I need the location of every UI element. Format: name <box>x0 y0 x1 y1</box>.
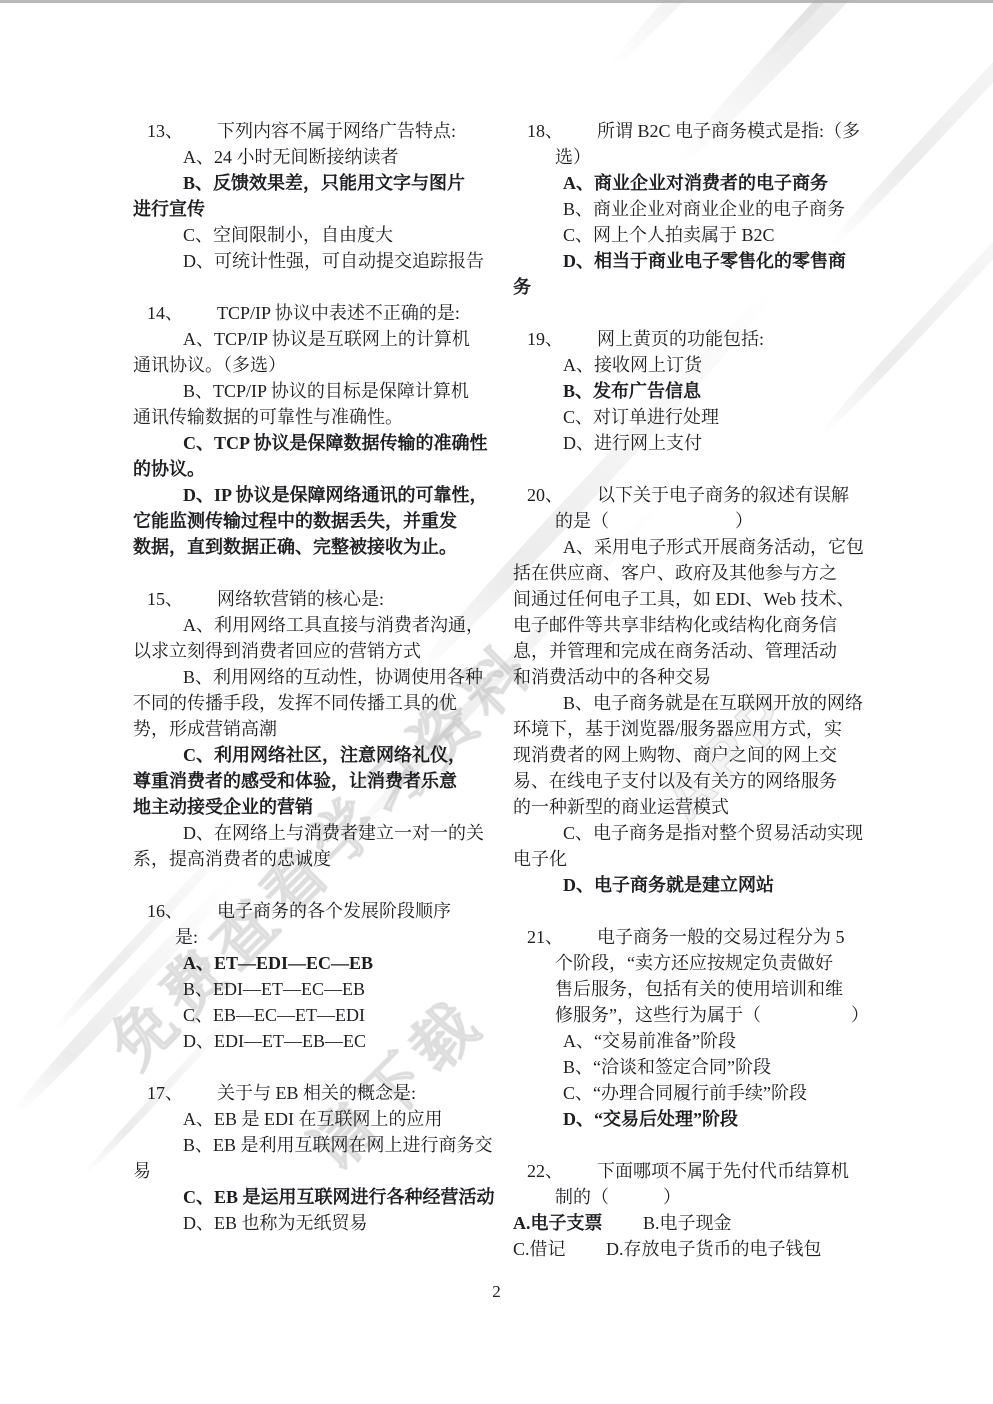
question-line: 制的（ ） <box>513 1184 865 1210</box>
question-line: B、发布广告信息 <box>513 378 865 404</box>
question-line: B、“洽谈和签定合同”阶段 <box>513 1054 865 1080</box>
question-line: 18、所谓 B2C 电子商务模式是指:（多 <box>513 118 865 144</box>
text-segment: 间通过任何电子工具，如 EDI、Web 技术、 <box>513 589 855 609</box>
question-line: A、24 小时无间断接纳读者 <box>133 144 479 170</box>
question-line: 22、下面哪项不属于先付代币结算机 <box>513 1158 865 1184</box>
text-segment: D、EB 也称为无纸贸易 <box>183 1213 368 1233</box>
text-segment: 通讯传输数据的可靠性与准确性。 <box>133 407 403 427</box>
text-segment: A、TCP/IP 协议是互联网上的计算机 <box>183 329 470 349</box>
text-segment: 括在供应商、客户、政府及其他参与方之 <box>513 563 837 583</box>
text-segment: D、IP 协议是保障网络通讯的可靠性， <box>183 485 488 505</box>
question-line: 易 <box>133 1158 479 1184</box>
text-segment: 修服务”，这些行为属于（ ） <box>555 1005 869 1025</box>
question-number: 14、 <box>147 300 183 326</box>
text-segment: A、ET—EDI—EC—EB <box>183 953 373 973</box>
question-line: A、EB 是 EDI 在互联网上的应用 <box>133 1106 479 1132</box>
question-line: 进行宣传 <box>133 196 479 222</box>
question-line: A、接收网上订货 <box>513 352 865 378</box>
question-19: 19、网上黄页的功能包括:A、接收网上订货B、发布广告信息C、对订单进行处理D、… <box>513 326 865 456</box>
question-number: 20、 <box>527 482 563 508</box>
question-line: 14、TCP/IP 协议中表述不正确的是: <box>133 300 479 326</box>
question-line: B、反馈效果差，只能用文字与图片 <box>133 170 479 196</box>
text-segment: D、进行网上支付 <box>563 433 702 453</box>
question-line: D、“交易后处理”阶段 <box>513 1106 865 1132</box>
question-line: C、对订单进行处理 <box>513 404 865 430</box>
text-segment: C、空间限制小，自由度大 <box>183 225 393 245</box>
text-segment: 网络软营销的核心是: <box>217 589 384 609</box>
question-line: 环境下，基于浏览器/服务器应用方式，实 <box>513 716 865 742</box>
question-line: 选） <box>513 144 865 170</box>
text-segment: 通讯协议。（多选） <box>133 355 286 375</box>
question-line: 15、网络软营销的核心是: <box>133 586 479 612</box>
text-segment: A、EB 是 EDI 在互联网上的应用 <box>183 1109 443 1129</box>
text-segment: 地主动接受企业的营销 <box>133 797 313 817</box>
text-segment: 尊重消费者的感受和体验，让消费者乐意 <box>133 771 457 791</box>
text-segment: B、EDI—ET—EC—EB <box>183 979 365 999</box>
text-segment: 所谓 B2C 电子商务模式是指:（多 <box>597 121 860 141</box>
question-line: A.电子支票 B.电子现金 <box>513 1210 865 1236</box>
question-line: D、电子商务就是建立网站 <box>513 872 865 898</box>
question-20: 20、以下关于电子商务的叙述有误解的是（ ）A、采用电子形式开展商务活动，它包括… <box>513 482 865 898</box>
text-segment: 售后服务，包括有关的使用培训和维 <box>555 979 843 999</box>
text-segment: B.电子现金 <box>603 1213 732 1233</box>
question-line: 通讯协议。（多选） <box>133 352 479 378</box>
question-number: 21、 <box>527 924 563 950</box>
text-segment: B、EB 是利用互联网在网上进行商务交 <box>183 1135 493 1155</box>
text-segment: C、利用网络社区，注意网络礼仪， <box>183 745 466 765</box>
question-line: A、利用网络工具直接与消费者沟通， <box>133 612 479 638</box>
text-segment: C.借记 D.存放电子货币的电子钱包 <box>513 1239 822 1259</box>
question-line: 括在供应商、客户、政府及其他参与方之 <box>513 560 865 586</box>
question-line: 是: <box>133 924 479 950</box>
question-line: 通讯传输数据的可靠性与准确性。 <box>133 404 479 430</box>
question-22: 22、下面哪项不属于先付代币结算机制的（ ）A.电子支票 B.电子现金C.借记 … <box>513 1158 865 1262</box>
text-segment: 数据，直到数据正确、完整被接收为止。 <box>133 537 457 557</box>
document-page: 免费查看学习资料 请下载 APP 13、下列内容不属于网络广告特点:A、24 小… <box>0 0 993 1404</box>
text-segment: 下面哪项不属于先付代币结算机 <box>597 1161 849 1181</box>
question-line: B、电子商务就是在互联网开放的网络 <box>513 690 865 716</box>
question-line: D、EB 也称为无纸贸易 <box>133 1210 479 1236</box>
question-line: C、EB 是运用互联网进行各种经营活动 <box>133 1184 479 1210</box>
text-segment: 不同的传播手段，发挥不同传播工具的优 <box>133 693 457 713</box>
question-17: 17、关于与 EB 相关的概念是:A、EB 是 EDI 在互联网上的应用B、EB… <box>133 1080 479 1236</box>
text-segment: B、电子商务就是在互联网开放的网络 <box>563 693 863 713</box>
text-segment: B、“洽谈和签定合同”阶段 <box>563 1057 771 1077</box>
question-line: B、商业企业对商业企业的电子商务 <box>513 196 865 222</box>
column-left: 13、下列内容不属于网络广告特点:A、24 小时无间断接纳读者B、反馈效果差，只… <box>133 118 479 1262</box>
text-segment: C、对订单进行处理 <box>563 407 719 427</box>
text-segment: B、反馈效果差，只能用文字与图片 <box>183 173 465 193</box>
scan-edge-artifact <box>0 0 993 3</box>
watermark-streak <box>756 0 993 68</box>
text-segment: B、TCP/IP 协议的目标是保障计算机 <box>183 381 469 401</box>
text-segment: 易、在线电子支付以及有关方的网络服务 <box>513 771 837 791</box>
text-segment: TCP/IP 协议中表述不正确的是: <box>217 303 460 323</box>
question-line: 20、以下关于电子商务的叙述有误解 <box>513 482 865 508</box>
text-segment: D、EDI—ET—EB—EC <box>183 1031 366 1051</box>
text-segment: 电子商务一般的交易过程分为 5 <box>597 927 845 947</box>
text-segment: C、网上个人拍卖属于 B2C <box>563 225 775 245</box>
text-segment: C、“办理合同履行前手续”阶段 <box>563 1083 807 1103</box>
text-segment: 的协议。 <box>133 459 205 479</box>
question-line: 间通过任何电子工具，如 EDI、Web 技术、 <box>513 586 865 612</box>
text-segment: A.电子支票 <box>513 1213 603 1233</box>
question-line: D、进行网上支付 <box>513 430 865 456</box>
question-line: B、EDI—ET—EC—EB <box>133 976 479 1002</box>
question-line: 和消费活动中的各种交易 <box>513 664 865 690</box>
question-line: D、相当于商业电子零售化的零售商 <box>513 248 865 274</box>
question-line: A、TCP/IP 协议是互联网上的计算机 <box>133 326 479 352</box>
question-line: 个阶段，“卖方还应按规定负责做好 <box>513 950 865 976</box>
question-21: 21、电子商务一般的交易过程分为 5个阶段，“卖方还应按规定负责做好售后服务，包… <box>513 924 865 1132</box>
question-line: B、TCP/IP 协议的目标是保障计算机 <box>133 378 479 404</box>
text-segment: 网上黄页的功能包括: <box>597 329 764 349</box>
question-line: D、IP 协议是保障网络通讯的可靠性， <box>133 482 479 508</box>
text-segment: 务 <box>513 277 531 297</box>
question-line: 以求立刻得到消费者回应的营销方式 <box>133 638 479 664</box>
question-line: 尊重消费者的感受和体验，让消费者乐意 <box>133 768 479 794</box>
question-line: D、EDI—ET—EB—EC <box>133 1028 479 1054</box>
question-13: 13、下列内容不属于网络广告特点:A、24 小时无间断接纳读者B、反馈效果差，只… <box>133 118 479 274</box>
text-segment: D、“交易后处理”阶段 <box>563 1109 738 1129</box>
question-line: 13、下列内容不属于网络广告特点: <box>133 118 479 144</box>
text-segment: 电子邮件等共享非结构化或结构化商务信 <box>513 615 837 635</box>
text-segment: B、利用网络的互动性，协调使用各种 <box>183 667 483 687</box>
question-line: A、商业企业对消费者的电子商务 <box>513 170 865 196</box>
text-segment: A、采用电子形式开展商务活动，它包 <box>563 537 864 557</box>
text-segment: 现消费者的网上购物、商户之间的网上交 <box>513 745 837 765</box>
text-segment: D、电子商务就是建立网站 <box>563 875 774 895</box>
question-number: 22、 <box>527 1158 563 1184</box>
text-segment: 和消费活动中的各种交易 <box>513 667 711 687</box>
watermark-streak <box>603 0 993 75</box>
text-segment: C、TCP 协议是保障数据传输的准确性 <box>183 433 488 453</box>
question-line: C、EB—EC—ET—EDI <box>133 1002 479 1028</box>
text-segment: 势，形成营销高潮 <box>133 719 277 739</box>
text-segment: 下列内容不属于网络广告特点: <box>217 121 456 141</box>
question-number: 16、 <box>147 898 183 924</box>
question-line: 务 <box>513 274 865 300</box>
text-segment: 选） <box>555 147 591 167</box>
text-segment: C、EB 是运用互联网进行各种经营活动 <box>183 1187 495 1207</box>
text-segment: 的一种新型的商业运营模式 <box>513 797 729 817</box>
text-segment: D、在网络上与消费者建立一对一的关 <box>183 823 484 843</box>
text-segment: A、接收网上订货 <box>563 355 702 375</box>
text-segment: D、相当于商业电子零售化的零售商 <box>563 251 846 271</box>
question-line: C、TCP 协议是保障数据传输的准确性 <box>133 430 479 456</box>
question-line: 17、关于与 EB 相关的概念是: <box>133 1080 479 1106</box>
question-line: C.借记 D.存放电子货币的电子钱包 <box>513 1236 865 1262</box>
text-segment: C、EB—EC—ET—EDI <box>183 1005 365 1025</box>
question-line: 电子邮件等共享非结构化或结构化商务信 <box>513 612 865 638</box>
question-line: C、网上个人拍卖属于 B2C <box>513 222 865 248</box>
question-14: 14、TCP/IP 协议中表述不正确的是:A、TCP/IP 协议是互联网上的计算… <box>133 300 479 560</box>
question-number: 15、 <box>147 586 183 612</box>
question-line: 它能监测传输过程中的数据丢失，并重发 <box>133 508 479 534</box>
question-line: A、采用电子形式开展商务活动，它包 <box>513 534 865 560</box>
question-number: 13、 <box>147 118 183 144</box>
question-15: 15、网络软营销的核心是:A、利用网络工具直接与消费者沟通，以求立刻得到消费者回… <box>133 586 479 872</box>
question-line: D、在网络上与消费者建立一对一的关 <box>133 820 479 846</box>
question-line: C、电子商务是指对整个贸易活动实现 <box>513 820 865 846</box>
question-line: B、EB 是利用互联网在网上进行商务交 <box>133 1132 479 1158</box>
question-line: 息，并管理和完成在商务活动、管理活动 <box>513 638 865 664</box>
text-segment: 是: <box>175 927 198 947</box>
text-segment: A、利用网络工具直接与消费者沟通， <box>183 615 484 635</box>
text-segment: 进行宣传 <box>133 199 205 219</box>
text-segment: 以求立刻得到消费者回应的营销方式 <box>133 641 421 661</box>
question-18: 18、所谓 B2C 电子商务模式是指:（多选）A、商业企业对消费者的电子商务B、… <box>513 118 865 300</box>
question-line: A、ET—EDI—EC—EB <box>133 950 479 976</box>
question-line: 21、电子商务一般的交易过程分为 5 <box>513 924 865 950</box>
question-16: 16、电子商务的各个发展阶段顺序是:A、ET—EDI—EC—EBB、EDI—ET… <box>133 898 479 1054</box>
text-segment: B、商业企业对商业企业的电子商务 <box>563 199 845 219</box>
question-line: C、利用网络社区，注意网络礼仪， <box>133 742 479 768</box>
question-line: 数据，直到数据正确、完整被接收为止。 <box>133 534 479 560</box>
text-segment: 的是（ ） <box>555 511 753 531</box>
question-line: 现消费者的网上购物、商户之间的网上交 <box>513 742 865 768</box>
text-segment: 环境下，基于浏览器/服务器应用方式，实 <box>513 719 842 739</box>
question-line: 不同的传播手段，发挥不同传播工具的优 <box>133 690 479 716</box>
text-segment: 电子化 <box>513 849 567 869</box>
question-line: 19、网上黄页的功能包括: <box>513 326 865 352</box>
question-number: 18、 <box>527 118 563 144</box>
question-line: 地主动接受企业的营销 <box>133 794 479 820</box>
question-line: C、“办理合同履行前手续”阶段 <box>513 1080 865 1106</box>
text-segment: 系，提高消费者的忠诚度 <box>133 849 331 869</box>
question-line: C、空间限制小，自由度大 <box>133 222 479 248</box>
text-segment: 关于与 EB 相关的概念是: <box>217 1083 416 1103</box>
text-segment: 电子商务的各个发展阶段顺序 <box>217 901 451 921</box>
text-segment: C、电子商务是指对整个贸易活动实现 <box>563 823 863 843</box>
text-segment: A、24 小时无间断接纳读者 <box>183 147 399 167</box>
question-line: 16、电子商务的各个发展阶段顺序 <box>133 898 479 924</box>
text-segment: 以下关于电子商务的叙述有误解 <box>597 485 849 505</box>
text-segment: B、发布广告信息 <box>563 381 701 401</box>
column-right: 18、所谓 B2C 电子商务模式是指:（多选）A、商业企业对消费者的电子商务B、… <box>513 118 865 1288</box>
question-line: 系，提高消费者的忠诚度 <box>133 846 479 872</box>
text-segment: 个阶段，“卖方还应按规定负责做好 <box>555 953 833 973</box>
text-segment: D、可统计性强，可自动提交追踪报告 <box>183 251 484 271</box>
question-line: 势，形成营销高潮 <box>133 716 479 742</box>
question-number: 17、 <box>147 1080 183 1106</box>
question-number: 19、 <box>527 326 563 352</box>
question-line: D、可统计性强，可自动提交追踪报告 <box>133 248 479 274</box>
text-segment: A、“交易前准备”阶段 <box>563 1031 736 1051</box>
question-line: 电子化 <box>513 846 865 872</box>
text-segment: 息，并管理和完成在商务活动、管理活动 <box>513 641 837 661</box>
question-line: 售后服务，包括有关的使用培训和维 <box>513 976 865 1002</box>
question-line: 的是（ ） <box>513 508 865 534</box>
text-segment: A、商业企业对消费者的电子商务 <box>563 173 828 193</box>
question-line: 的一种新型的商业运营模式 <box>513 794 865 820</box>
question-line: 的协议。 <box>133 456 479 482</box>
text-segment: 它能监测传输过程中的数据丢失，并重发 <box>133 511 457 531</box>
text-segment: 制的（ ） <box>555 1187 681 1207</box>
question-line: 易、在线电子支付以及有关方的网络服务 <box>513 768 865 794</box>
question-line: A、“交易前准备”阶段 <box>513 1028 865 1054</box>
question-line: 修服务”，这些行为属于（ ） <box>513 1002 865 1028</box>
text-segment: 易 <box>133 1161 151 1181</box>
page-number: 2 <box>0 1282 993 1302</box>
question-line: B、利用网络的互动性，协调使用各种 <box>133 664 479 690</box>
